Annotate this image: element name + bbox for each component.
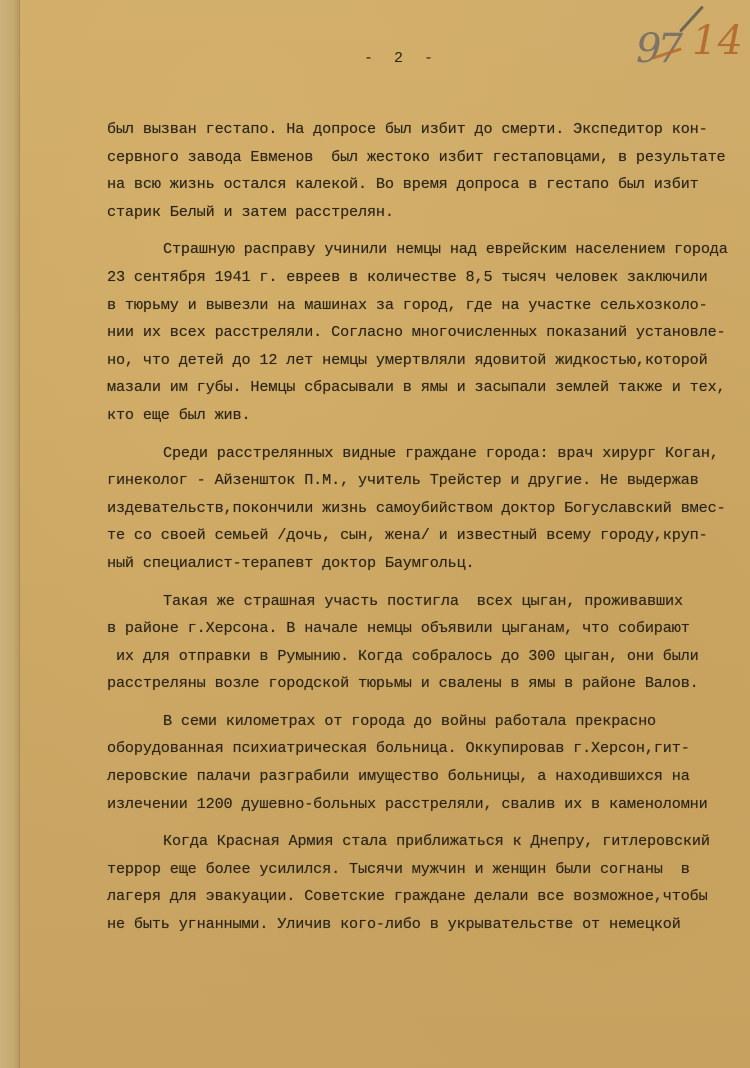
text-line: на всю жизнь остался калекой. Во время д… — [107, 171, 750, 199]
text-line: их для отправки в Румынию. Когда собрало… — [107, 643, 750, 671]
text-line: в районе г.Херсона. В начале немцы объяв… — [107, 615, 750, 643]
paragraph: Такая же страшная участь постигла всех ц… — [107, 588, 750, 698]
text-line: кто еще был жив. — [107, 402, 750, 430]
page-number: - 2 - — [364, 50, 439, 67]
text-line: лагеря для эвакуации. Советские граждане… — [107, 883, 750, 911]
text-line: Страшную расправу учинили немцы над евре… — [107, 236, 750, 264]
text-line: Среди расстрелянных видные граждане горо… — [107, 440, 750, 468]
text-line: старик Белый и затем расстрелян. — [107, 199, 750, 227]
text-line: леровские палачи разграбили имущество бо… — [107, 763, 750, 791]
text-line: был вызван гестапо. На допросе был избит… — [107, 116, 750, 144]
text-line: 23 сентября 1941 г. евреев в количестве … — [107, 264, 750, 292]
paragraph: был вызван гестапо. На допросе был избит… — [107, 116, 750, 226]
text-line: ный специалист-терапевт доктор Баумгольц… — [107, 550, 750, 578]
text-line: издевательств,покончили жизнь самоубийст… — [107, 495, 750, 523]
text-line: Такая же страшная участь постигла всех ц… — [107, 588, 750, 616]
text-line: оборудованная психиатрическая больница. … — [107, 735, 750, 763]
page-binding-edge — [0, 0, 20, 1068]
archive-folio-mark: 97 14 — [634, 0, 750, 100]
text-line: не быть угнанными. Уличив кого-либо в ук… — [107, 911, 750, 939]
text-line: излечении 1200 душевно-больных расстреля… — [107, 791, 750, 819]
typewritten-text-body: был вызван гестапо. На допросе был избит… — [107, 116, 750, 939]
paragraph: В семи километрах от города до войны раб… — [107, 708, 750, 818]
text-line: нии их всех расстреляли. Согласно многоч… — [107, 319, 750, 347]
text-line: но, что детей до 12 лет немцы умертвляли… — [107, 347, 750, 375]
text-line: расстреляны возле городской тюрьмы и сва… — [107, 670, 750, 698]
ink-folio-number: 14 — [692, 18, 743, 64]
paragraph: Когда Красная Армия стала приближаться к… — [107, 828, 750, 938]
text-line: гинеколог - Айзеншток П.М., учитель Трей… — [107, 467, 750, 495]
text-line: террор еще более усилился. Тысячи мужчин… — [107, 856, 750, 884]
document-page: - 2 - 97 14 был вызван гестапо. На допро… — [20, 0, 750, 1068]
text-line: те со своей семьей /дочь, сын, жена/ и и… — [107, 522, 750, 550]
text-line: мазали им губы. Немцы сбрасывали в ямы и… — [107, 374, 750, 402]
text-line: Когда Красная Армия стала приближаться к… — [107, 828, 750, 856]
paragraph: Страшную расправу учинили немцы над евре… — [107, 236, 750, 429]
text-line: сервного завода Евменов был жестоко изби… — [107, 144, 750, 172]
text-line: в тюрьму и вывезли на машинах за город, … — [107, 292, 750, 320]
paragraph: Среди расстрелянных видные граждане горо… — [107, 440, 750, 578]
text-line: В семи километрах от города до войны раб… — [107, 708, 750, 736]
